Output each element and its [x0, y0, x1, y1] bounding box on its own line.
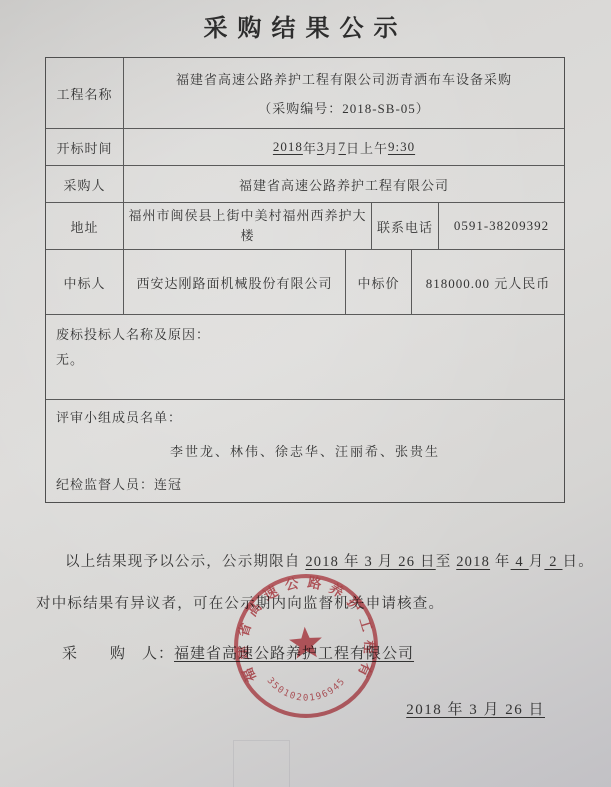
project-name: 福建省高速公路养护工程有限公司沥青洒布车设备采购 — [176, 69, 512, 88]
panel-supervisor: 纪检监督人员：连冠 — [56, 474, 554, 493]
svg-text:3501020196945: 3501020196945 — [264, 671, 349, 707]
project-value: 福建省高速公路养护工程有限公司沥青洒布车设备采购 （采购编号：2018-SB-0… — [124, 58, 564, 128]
p1-end-day: 2 — [544, 554, 562, 570]
p1-end: 日。 — [563, 554, 594, 570]
bid-month-unit: 月 — [324, 138, 338, 157]
bid-month: 3 — [317, 139, 325, 155]
p1-prefix: 以上结果现予以公示，公示期限自 — [65, 554, 305, 570]
price-label: 中标价 — [346, 250, 412, 314]
bid-day-unit: 日上午 — [346, 138, 388, 157]
p1-end-month: 4 — [511, 554, 529, 570]
table-row-bid-time: 开标时间 2018 年 3 月 7 日上午 9:30 — [46, 129, 564, 166]
phone-label: 联系电话 — [372, 203, 439, 249]
bleed-through-mark — [233, 740, 290, 787]
p1-end-year: 2018 — [456, 554, 490, 570]
table-row-panel: 评审小组成员名单： 李世龙、林伟、徐志华、汪丽希、张贵生 纪检监督人员：连冠 — [46, 400, 564, 502]
panel-members: 李世龙、林伟、徐志华、汪丽希、张贵生 — [56, 441, 554, 460]
project-number: （采购编号：2018-SB-05） — [258, 98, 430, 117]
purchaser-value: 福建省高速公路养护工程有限公司 — [124, 166, 564, 202]
table-row-winner: 中标人 西安达刚路面机械股份有限公司 中标价 818000.00 元人民币 — [46, 250, 564, 315]
signer-label: 采 购 人： — [62, 646, 174, 662]
bid-time-value: 2018 年 3 月 7 日上午 9:30 — [124, 129, 564, 165]
scanned-document-page: 采购结果公示 工程名称 福建省高速公路养护工程有限公司沥青洒布车设备采购 （采购… — [0, 0, 611, 787]
p1-mid: 至 — [436, 554, 457, 570]
winner-label: 中标人 — [46, 250, 124, 314]
rejected-value: 无。 — [56, 348, 554, 373]
price-value: 818000.00 元人民币 — [412, 250, 564, 314]
p1-end-month-unit: 月 — [529, 554, 545, 570]
bid-year: 2018 — [273, 139, 303, 155]
purchaser-label: 采购人 — [46, 166, 124, 202]
bid-day: 7 — [338, 139, 346, 155]
phone-value: 0591-38209392 — [439, 203, 564, 249]
seal-number-text: 3501020196945 — [264, 671, 349, 707]
seal-company-text: 福建省高速公路养护工程有限公司 — [225, 565, 382, 696]
result-table: 工程名称 福建省高速公路养护工程有限公司沥青洒布车设备采购 （采购编号：2018… — [45, 57, 565, 503]
address-value: 福州市闽侯县上街中美村福州西养护大楼 — [124, 203, 372, 249]
seal-star-icon — [288, 626, 323, 659]
p1-end-year-unit: 年 — [490, 554, 511, 570]
bid-year-unit: 年 — [303, 138, 317, 157]
table-row-project: 工程名称 福建省高速公路养护工程有限公司沥青洒布车设备采购 （采购编号：2018… — [46, 58, 564, 129]
rejected-cell: 废标投标人名称及原因： 无。 — [46, 315, 564, 399]
company-seal-stamp: 福建省高速公路养护工程有限公司 3501020196945 — [225, 565, 387, 727]
svg-text:福建省高速公路养护工程有限公司: 福建省高速公路养护工程有限公司 — [225, 565, 382, 696]
panel-cell: 评审小组成员名单： 李世龙、林伟、徐志华、汪丽希、张贵生 纪检监督人员：连冠 — [46, 400, 564, 502]
table-row-purchaser: 采购人 福建省高速公路养护工程有限公司 — [46, 166, 564, 203]
address-label: 地址 — [46, 203, 124, 249]
signature-date-text: 2018 年 3 月 26 日 — [406, 702, 545, 718]
bid-time-label: 开标时间 — [46, 129, 124, 165]
signature-date: 2018 年 3 月 26 日 — [406, 698, 545, 719]
project-label: 工程名称 — [46, 58, 124, 128]
bid-clock: 9:30 — [388, 139, 415, 155]
winner-value: 西安达刚路面机械股份有限公司 — [124, 250, 346, 314]
rejected-label: 废标投标人名称及原因： — [56, 323, 554, 348]
page-title: 采购结果公示 — [0, 8, 611, 43]
table-row-address: 地址 福州市闽侯县上街中美村福州西养护大楼 联系电话 0591-38209392 — [46, 203, 564, 250]
table-row-rejected: 废标投标人名称及原因： 无。 — [46, 315, 564, 400]
panel-label: 评审小组成员名单： — [56, 407, 554, 426]
